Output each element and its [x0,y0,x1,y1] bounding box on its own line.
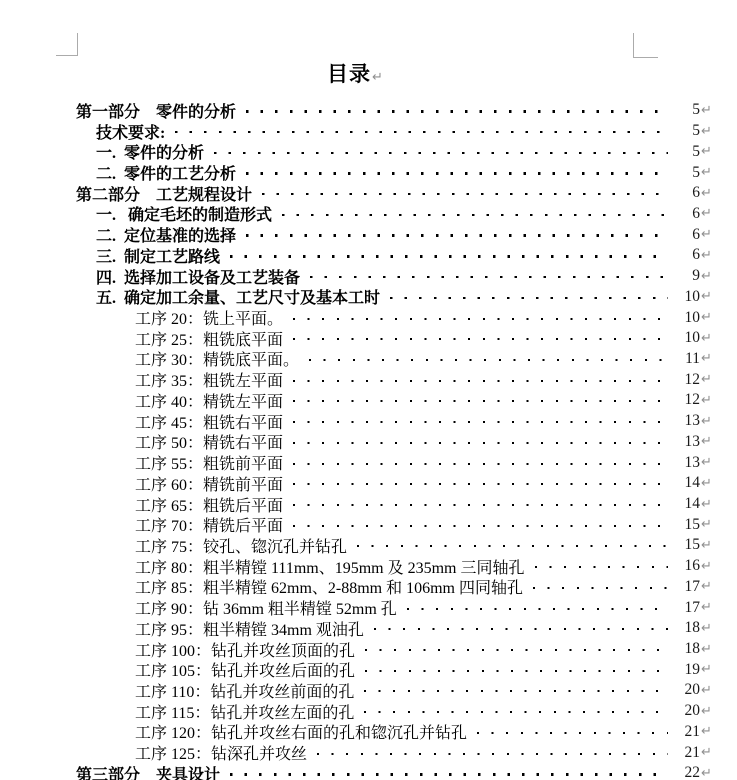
dot-leader [175,131,668,134]
toc-entry-label: 工序 95：粗半精镗 34mm 观油孔 [135,617,364,640]
toc-entry[interactable]: 工序 75：铰孔、锪沉孔并钻孔15↵ [76,535,714,556]
toc-entry-label: 工序 90：钻 36mm 粗半精镗 52mm 孔 [135,596,397,619]
paragraph-mark-icon: ↵ [700,455,714,470]
toc-entry[interactable]: 工序 85：粗半精镗 62mm、2-88mm 和 106mm 四同轴孔17↵ [76,577,714,598]
toc-entry-label: 第二部分 工艺规程设计 [76,182,252,205]
toc-entry-label: 工序 75：铰孔、锪沉孔并钻孔 [135,534,347,557]
toc-entry[interactable]: 工序 125：钻深孔并攻丝21↵ [76,742,714,763]
paragraph-mark-icon: ↵ [700,683,714,698]
table-of-contents: 第一部分 零件的分析5↵技术要求:5↵一. 零件的分析5↵二. 零件的工艺分析5… [76,100,714,780]
dot-leader [533,587,668,589]
toc-entry-page-number: 15 [670,516,700,534]
toc-entry-label: 工序 55：粗铣前平面 [135,451,283,474]
toc-entry[interactable]: 工序 105：钻孔并攻丝后面的孔19↵ [76,659,714,680]
toc-entry-page-number: 14 [670,474,700,492]
toc-entry[interactable]: 工序 120：钻孔并攻丝右面的孔和锪沉孔并钻孔21↵ [76,722,714,743]
toc-entry-label: 工序 30：精铣底平面。 [135,347,299,370]
toc-entry-label: 四. 选择加工设备及工艺装备 [96,265,300,288]
dot-leader [317,753,668,755]
toc-entry-label: 三. 制定工艺路线 [96,244,220,267]
toc-entry-label: 工序 110：钻孔并攻丝前面的孔 [135,679,354,702]
toc-entry[interactable]: 二. 零件的工艺分析5↵ [76,162,714,183]
dot-leader [365,649,668,651]
toc-entry-label: 二. 定位基准的选择 [96,223,236,246]
toc-entry-page-number: 11 [670,350,700,368]
dot-leader [246,110,668,113]
toc-entry[interactable]: 工序 25：粗铣底平面10↵ [76,328,714,349]
paragraph-mark-icon: ↵ [371,70,383,85]
dot-leader [293,421,668,423]
toc-entry-page-number: 13 [670,454,700,472]
toc-entry[interactable]: 工序 80：粗半精镗 111mm、195mm 及 235mm 三同轴孔16↵ [76,556,714,577]
dot-leader [293,504,668,506]
toc-entry[interactable]: 工序 50：精铣右平面13↵ [76,432,714,453]
toc-entry-page-number: 14 [670,495,700,513]
toc-entry[interactable]: 第二部分 工艺规程设计6↵ [76,183,714,204]
dot-leader [246,172,668,175]
toc-entry-page-number: 6 [670,246,700,264]
toc-entry[interactable]: 工序 65：粗铣后平面14↵ [76,494,714,515]
toc-entry-label: 一. 零件的分析 [96,140,204,163]
toc-entry-page-number: 18 [670,640,700,658]
paragraph-mark-icon: ↵ [700,248,714,263]
toc-entry-page-number: 13 [670,433,700,451]
toc-entry[interactable]: 二. 定位基准的选择6↵ [76,224,714,245]
toc-entry-page-number: 6 [670,226,700,244]
toc-entry-page-number: 5 [670,101,700,119]
toc-entry-label: 工序 70：精铣后平面 [135,513,283,536]
toc-entry-page-number: 19 [670,661,700,679]
toc-entry[interactable]: 工序 60：精铣前平面14↵ [76,473,714,494]
toc-entry-label: 一. 确定毛坯的制造形式 [96,202,272,225]
dot-leader [293,318,668,320]
dot-leader [407,608,668,610]
dot-leader [293,380,668,382]
toc-entry[interactable]: 工序 40：精铣左平面12↵ [76,390,714,411]
dot-leader [262,193,668,196]
margin-crop-mark-top-left [56,33,78,56]
paragraph-mark-icon: ↵ [700,414,714,429]
paragraph-mark-icon: ↵ [700,704,714,719]
paragraph-mark-icon: ↵ [700,434,714,449]
toc-entry-label: 工序 120：钻孔并攻丝右面的孔和锪沉孔并钻孔 [135,720,467,743]
toc-entry-label: 工序 85：粗半精镗 62mm、2-88mm 和 106mm 四同轴孔 [135,575,523,598]
toc-entry-page-number: 21 [670,723,700,741]
paragraph-mark-icon: ↵ [700,766,714,780]
toc-entry[interactable]: 工序 110：钻孔并攻丝前面的孔20↵ [76,680,714,701]
toc-entry-page-number: 13 [670,412,700,430]
page-title: 目录 [327,62,371,86]
dot-leader [309,359,668,361]
toc-entry[interactable]: 工序 55：粗铣前平面13↵ [76,452,714,473]
toc-entry[interactable]: 技术要求:5↵ [76,121,714,142]
toc-entry-page-number: 15 [670,536,700,554]
paragraph-mark-icon: ↵ [700,310,714,325]
toc-entry-page-number: 10 [670,288,700,306]
paragraph-mark-icon: ↵ [700,662,714,677]
toc-entry-label: 工序 125：钻深孔并攻丝 [135,741,307,764]
toc-entry-page-number: 6 [670,184,700,202]
dot-leader [246,234,668,237]
toc-entry-page-number: 17 [670,599,700,617]
dot-leader [293,400,668,402]
toc-entry-label: 技术要求: [96,120,165,143]
toc-entry[interactable]: 工序 35：粗铣左平面12↵ [76,369,714,390]
dot-leader [214,152,668,155]
paragraph-mark-icon: ↵ [700,269,714,284]
toc-entry[interactable]: 工序 45：粗铣右平面13↵ [76,411,714,432]
toc-entry-page-number: 5 [670,164,700,182]
paragraph-mark-icon: ↵ [700,289,714,304]
paragraph-mark-icon: ↵ [700,497,714,512]
paragraph-mark-icon: ↵ [700,351,714,366]
toc-entry-page-number: 20 [670,681,700,699]
toc-entry-label: 工序 35：粗铣左平面 [135,368,283,391]
dot-leader [310,276,668,279]
toc-entry-page-number: 12 [670,391,700,409]
toc-entry-page-number: 17 [670,578,700,596]
toc-entry-page-number: 9 [670,267,700,285]
paragraph-mark-icon: ↵ [700,165,714,180]
toc-entry[interactable]: 五. 确定加工余量、工艺尺寸及基本工时10↵ [76,286,714,307]
paragraph-mark-icon: ↵ [700,144,714,159]
paragraph-mark-icon: ↵ [700,517,714,532]
paragraph-mark-icon: ↵ [700,538,714,553]
toc-entry-page-number: 5 [670,122,700,140]
toc-entry-label: 工序 25：粗铣底平面 [135,327,283,350]
toc-entry[interactable]: 工序 95：粗半精镗 34mm 观油孔18↵ [76,618,714,639]
toc-entry-page-number: 18 [670,619,700,637]
dot-leader [230,773,668,776]
toc-entry-page-number: 21 [670,744,700,762]
dot-leader [293,338,668,340]
toc-entry-label: 工序 60：精铣前平面 [135,472,283,495]
dot-leader [293,483,668,485]
paragraph-mark-icon: ↵ [700,103,714,118]
dot-leader [357,545,668,547]
toc-entry-label: 工序 105：钻孔并攻丝后面的孔 [135,658,355,681]
toc-entry[interactable]: 第一部分 零件的分析5↵ [76,100,714,121]
toc-entry[interactable]: 工序 20：铣上平面。10↵ [76,307,714,328]
toc-entry-label: 工序 100：钻孔并攻丝顶面的孔 [135,638,355,661]
toc-entry-label: 二. 零件的工艺分析 [96,161,236,184]
paragraph-mark-icon: ↵ [700,227,714,242]
toc-entry[interactable]: 一. 确定毛坯的制造形式6↵ [76,204,714,225]
dot-leader [477,732,668,734]
dot-leader [365,670,668,672]
toc-entry[interactable]: 三. 制定工艺路线6↵ [76,245,714,266]
dot-leader [390,297,668,300]
dot-leader [535,566,669,568]
toc-entry[interactable]: 第三部分 夹具设计22↵ [76,763,714,780]
paragraph-mark-icon: ↵ [700,476,714,491]
toc-entry-page-number: 12 [670,371,700,389]
dot-leader [374,628,668,630]
toc-entry[interactable]: 工序 70：精铣后平面15↵ [76,514,714,535]
paragraph-mark-icon: ↵ [700,393,714,408]
paragraph-mark-icon: ↵ [700,331,714,346]
paragraph-mark-icon: ↵ [700,600,714,615]
paragraph-mark-icon: ↵ [700,186,714,201]
dot-leader [364,690,668,692]
toc-entry-label: 工序 80：粗半精镗 111mm、195mm 及 235mm 三同轴孔 [135,555,525,578]
document-title-line: 目录↵ [77,58,633,88]
toc-entry[interactable]: 工序 115：钻孔并攻丝左面的孔20↵ [76,701,714,722]
toc-entry-page-number: 5 [670,143,700,161]
toc-entry-label: 工序 50：精铣右平面 [135,430,283,453]
toc-entry-page-number: 20 [670,702,700,720]
toc-entry-label: 五. 确定加工余量、工艺尺寸及基本工时 [96,285,380,308]
paragraph-mark-icon: ↵ [700,559,714,574]
toc-entry-label: 工序 40：精铣左平面 [135,389,283,412]
toc-entry-label: 工序 20：铣上平面。 [135,306,283,329]
toc-entry-label: 工序 45：粗铣右平面 [135,410,283,433]
toc-entry[interactable]: 工序 30：精铣底平面。11↵ [76,349,714,370]
toc-entry-label: 工序 115：钻孔并攻丝左面的孔 [135,700,354,723]
dot-leader [230,255,668,258]
toc-entry-page-number: 10 [670,309,700,327]
dot-leader [364,711,668,713]
dot-leader [293,442,668,444]
paragraph-mark-icon: ↵ [700,372,714,387]
paragraph-mark-icon: ↵ [700,206,714,221]
toc-entry[interactable]: 一. 零件的分析5↵ [76,141,714,162]
paragraph-mark-icon: ↵ [700,579,714,594]
toc-entry-label: 第三部分 夹具设计 [76,762,220,780]
toc-entry[interactable]: 工序 90：钻 36mm 粗半精镗 52mm 孔17↵ [76,597,714,618]
toc-entry-label: 第一部分 零件的分析 [76,99,236,122]
toc-entry-page-number: 16 [670,557,700,575]
paragraph-mark-icon: ↵ [700,724,714,739]
dot-leader [293,525,668,527]
toc-entry[interactable]: 四. 选择加工设备及工艺装备9↵ [76,266,714,287]
dot-leader [293,463,668,465]
paragraph-mark-icon: ↵ [700,124,714,139]
toc-entry-page-number: 6 [670,205,700,223]
paragraph-mark-icon: ↵ [700,621,714,636]
paragraph-mark-icon: ↵ [700,642,714,657]
toc-entry-label: 工序 65：粗铣后平面 [135,493,283,516]
margin-crop-mark-top-right [633,33,658,58]
toc-entry-page-number: 10 [670,329,700,347]
toc-entry-page-number: 22 [670,764,700,780]
toc-entry[interactable]: 工序 100：钻孔并攻丝顶面的孔18↵ [76,639,714,660]
dot-leader [282,214,668,217]
paragraph-mark-icon: ↵ [700,745,714,760]
